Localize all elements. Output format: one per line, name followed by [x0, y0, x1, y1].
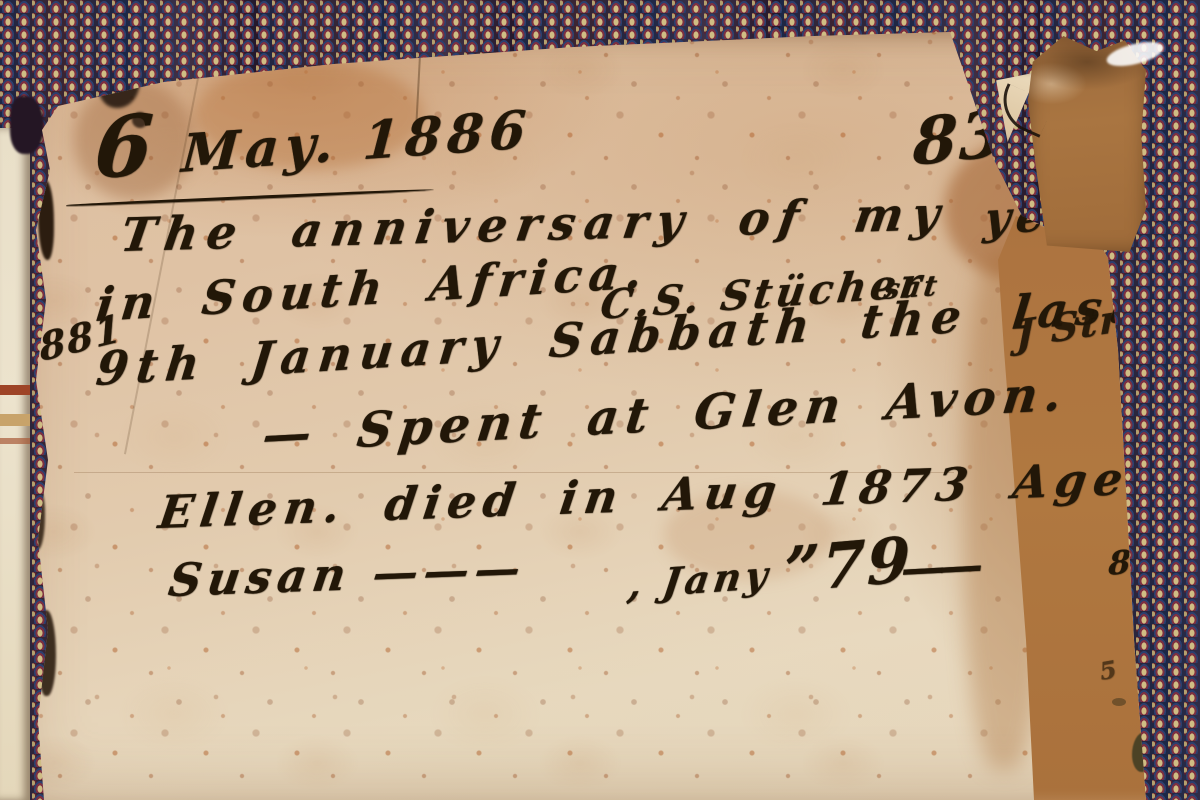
- spine-band-tan: [0, 414, 30, 426]
- faint-edge-mark: 5: [1098, 657, 1119, 684]
- spine-edge-strip: [0, 128, 30, 800]
- torn-debris-top-left: [10, 96, 44, 154]
- handwritten-susan: Susan ———: [166, 545, 529, 603]
- spine-band-red: [0, 385, 30, 395]
- torn-corner-flap: [1028, 36, 1146, 252]
- handwritten-jany: , Jany: [626, 556, 774, 604]
- frayed-edge-dark-bit-3: [38, 610, 56, 696]
- handwritten-trailing-dash: ——: [900, 544, 978, 592]
- small-tear-mark-right: [1112, 698, 1126, 706]
- handwritten-edge-numeral-8: 8: [1108, 545, 1131, 580]
- diary-page: 6 May. 1886 The anniversary of my 83. ye…: [14, 20, 1160, 800]
- dark-blot-bottom-right: [1132, 732, 1154, 772]
- handwritten-year-79: ”79: [784, 529, 913, 602]
- frayed-edge-dark-bit-1: [38, 180, 54, 260]
- spine-band-red-2: [0, 438, 30, 444]
- photo-of-diary-page: { "description": "Photograph of an aged,…: [0, 0, 1200, 800]
